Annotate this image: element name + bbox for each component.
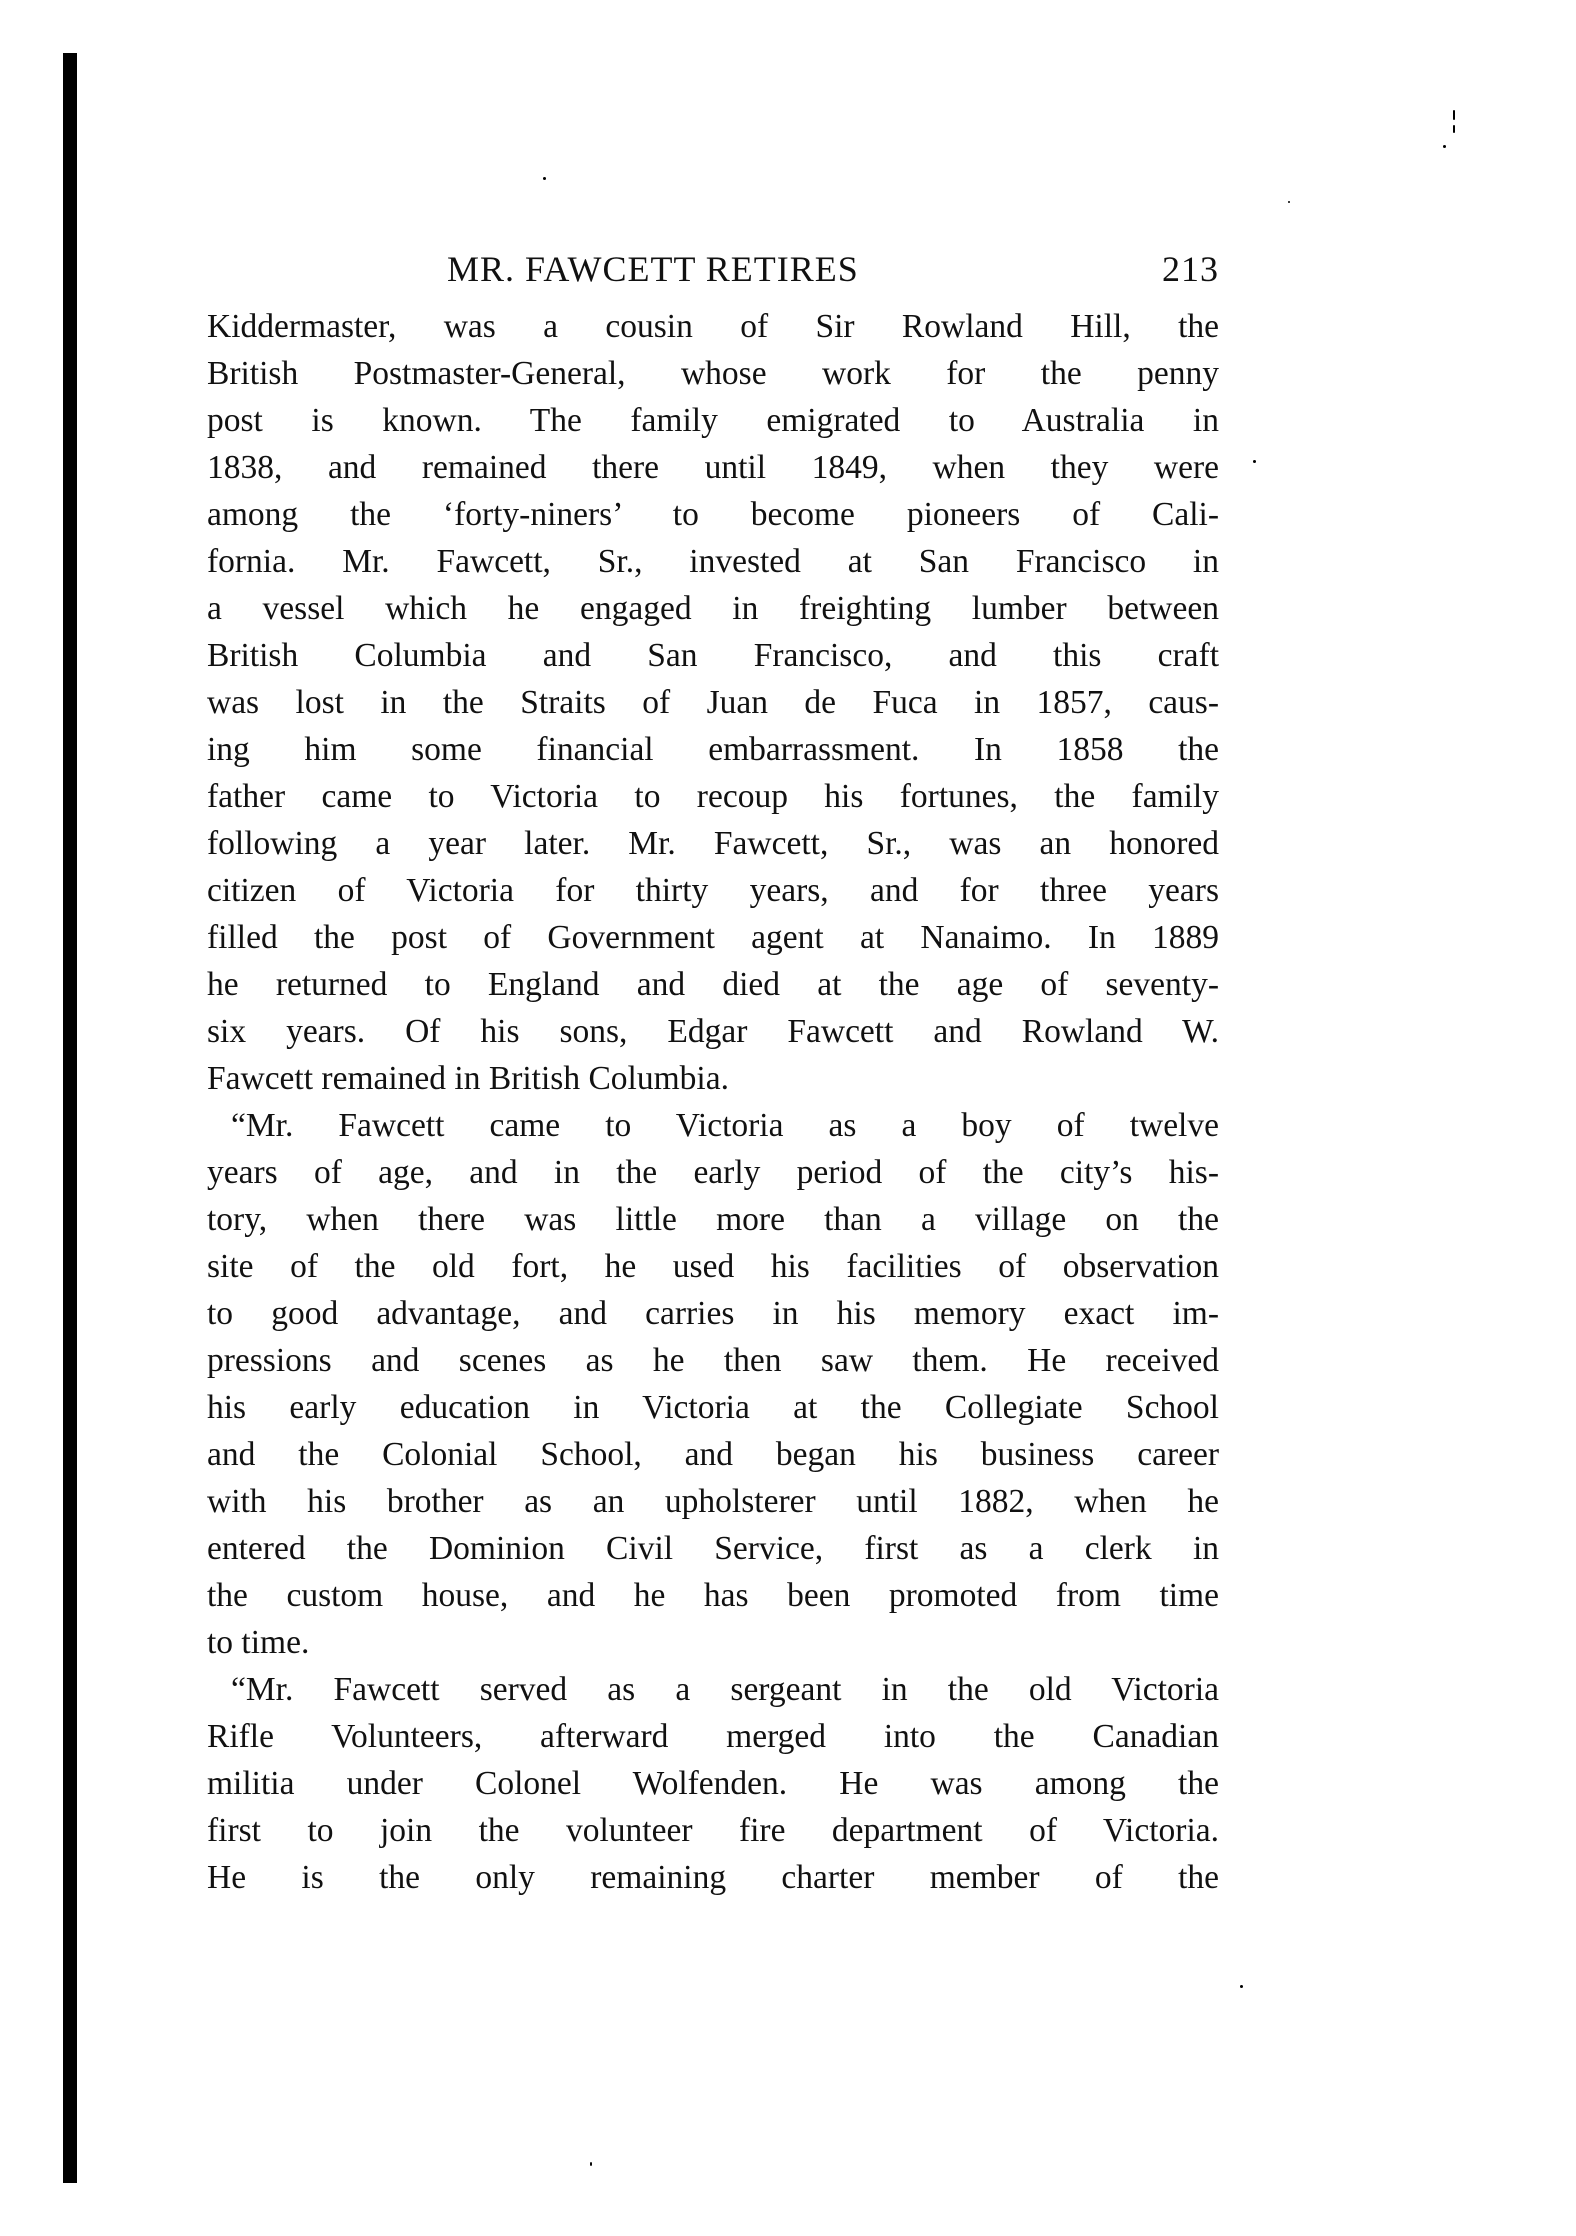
text-line: to time. <box>207 1619 1219 1666</box>
text-line: militia under Colonel Wolfenden. He was … <box>207 1760 1219 1807</box>
page-number: 213 <box>1162 248 1219 290</box>
text-line: ing him some financial embarrassment. In… <box>207 726 1219 773</box>
paragraph-2: “Mr. Fawcett came to Victoria as a boy o… <box>207 1102 1219 1666</box>
scan-speck <box>1443 145 1446 148</box>
text-line: Rifle Volunteers, afterward merged into … <box>207 1713 1219 1760</box>
scan-speck <box>1453 125 1455 133</box>
paragraph-3: “Mr. Fawcett served as a sergeant in the… <box>207 1666 1219 1901</box>
text-line: Fawcett remained in British Columbia. <box>207 1055 1219 1102</box>
text-line: with his brother as an upholsterer until… <box>207 1478 1219 1525</box>
text-line: “Mr. Fawcett served as a sergeant in the… <box>207 1666 1219 1713</box>
scan-speck <box>543 177 546 180</box>
text-line: site of the old fort, he used his facili… <box>207 1243 1219 1290</box>
text-line: 1838, and remained there until 1849, whe… <box>207 444 1219 491</box>
text-line: Kiddermaster, was a cousin of Sir Rowlan… <box>207 303 1219 350</box>
text-line: He is the only remaining charter member … <box>207 1854 1219 1901</box>
text-line: among the ‘forty-niners’ to become pione… <box>207 491 1219 538</box>
scan-speck <box>590 2162 592 2166</box>
text-line: he returned to England and died at the a… <box>207 961 1219 1008</box>
text-line: post is known. The family emigrated to A… <box>207 397 1219 444</box>
text-line: the custom house, and he has been promot… <box>207 1572 1219 1619</box>
text-line: and the Colonial School, and began his b… <box>207 1431 1219 1478</box>
text-line: following a year later. Mr. Fawcett, Sr.… <box>207 820 1219 867</box>
text-line: British Columbia and San Francisco, and … <box>207 632 1219 679</box>
running-head-title: MR. FAWCETT RETIRES <box>447 248 859 290</box>
text-line: filled the post of Government agent at N… <box>207 914 1219 961</box>
text-line: tory, when there was little more than a … <box>207 1196 1219 1243</box>
text-line: a vessel which he engaged in freighting … <box>207 585 1219 632</box>
text-line: six years. Of his sons, Edgar Fawcett an… <box>207 1008 1219 1055</box>
text-line: first to join the volunteer fire departm… <box>207 1807 1219 1854</box>
scan-speck <box>1288 201 1290 203</box>
scan-speck <box>1240 1985 1243 1988</box>
text-line: to good advantage, and carries in his me… <box>207 1290 1219 1337</box>
text-line: citizen of Victoria for thirty years, an… <box>207 867 1219 914</box>
scan-speck <box>1253 460 1256 463</box>
text-line: fornia. Mr. Fawcett, Sr., invested at Sa… <box>207 538 1219 585</box>
text-line: father came to Victoria to recoup his fo… <box>207 773 1219 820</box>
binding-edge-bar <box>63 53 77 2183</box>
text-line: years of age, and in the early period of… <box>207 1149 1219 1196</box>
text-line: was lost in the Straits of Juan de Fuca … <box>207 679 1219 726</box>
running-head: MR. FAWCETT RETIRES 213 <box>207 248 1219 298</box>
text-line: “Mr. Fawcett came to Victoria as a boy o… <box>207 1102 1219 1149</box>
paragraph-1: Kiddermaster, was a cousin of Sir Rowlan… <box>207 303 1219 1102</box>
text-line: pressions and scenes as he then saw them… <box>207 1337 1219 1384</box>
text-line: entered the Dominion Civil Service, firs… <box>207 1525 1219 1572</box>
text-line: British Postmaster-General, whose work f… <box>207 350 1219 397</box>
body-text: Kiddermaster, was a cousin of Sir Rowlan… <box>207 303 1219 1901</box>
scan-speck <box>1453 110 1455 120</box>
text-line: his early education in Victoria at the C… <box>207 1384 1219 1431</box>
